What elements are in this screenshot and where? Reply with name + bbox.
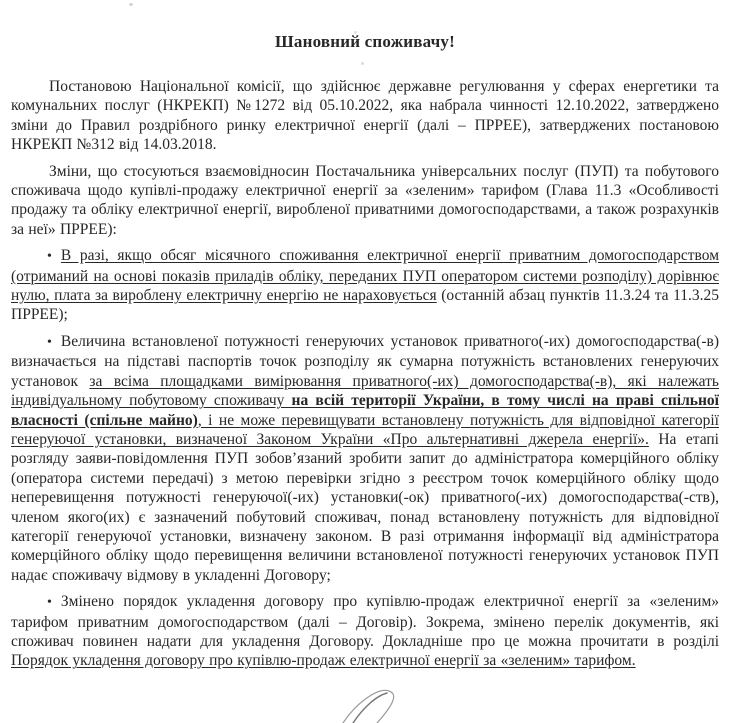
bullet-text-normal: На етапі розгляду заяви-повідомлення ПУП… (11, 431, 719, 584)
scan-speck (129, 3, 133, 6)
scan-speck (354, 31, 357, 34)
bullet-installed-capacity: •Величина встановленої потужності генеру… (11, 332, 719, 585)
scan-speck (361, 62, 364, 65)
page-title: Шановний споживачу! (11, 32, 719, 52)
paragraph-changes-scope: Зміни, що стосуються взаємовідносин Пост… (11, 162, 719, 240)
paragraph-text: Зміни, що стосуються взаємовідносин Пост… (11, 163, 719, 238)
paragraph-text: Постановою Національної комісії, що здій… (11, 78, 719, 153)
bullet-icon: • (47, 335, 61, 350)
bullet-contract-procedure: •Змінено порядок укладення договору про … (11, 592, 719, 671)
bullet-icon: • (47, 249, 61, 264)
flourish-outer-loop (343, 690, 394, 723)
flourish-inner-stroke (353, 693, 387, 723)
bullet-icon: • (47, 595, 61, 610)
document-page: Шановний споживачу! Постановою Національ… (0, 0, 740, 671)
section-reference-underlined: Порядок укладення договору про купівлю-п… (11, 652, 636, 669)
pen-flourish-signature (330, 685, 420, 723)
paragraph-resolution-intro: Постановою Національної комісії, що здій… (11, 77, 719, 155)
bullet-text-normal: Змінено порядок укладення договору про к… (11, 593, 719, 650)
bullet-zero-consumption: •В разі, якщо обсяг місячного споживання… (11, 246, 719, 325)
